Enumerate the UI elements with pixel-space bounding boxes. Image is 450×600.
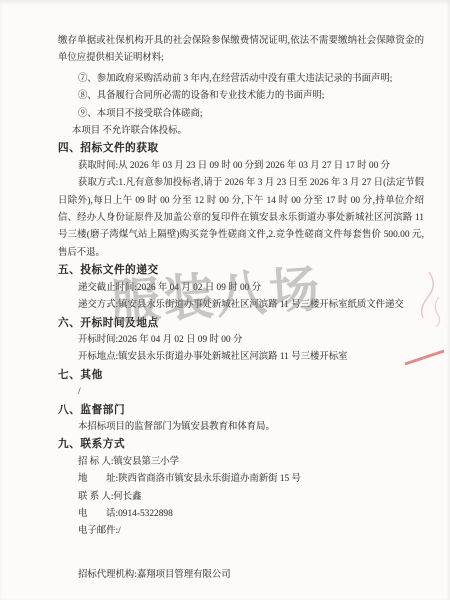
contact-address: 地 址:陕西省商洛市镇安县永乐街道办南新街 15 号 [58,471,424,488]
intro-paragraph: 缴存单据或社保机构开具的社会保险参保缴费情况证明,依法不需要缴纳社会保障资金的单… [58,33,424,68]
scanned-tender-document-page: 服装八场 缴存单据或社保机构开具的社会保险参保缴费情况证明,依法不需要缴纳社会保… [0,0,450,600]
section-6-opening-place: 开标地点:镇安县永乐街道办事处新城社区河滨路 11 号三楼开标室 [58,349,424,366]
section-4-obtain-method: 获取方式:1.凡有意参加投标者,请于 2026 年 3 月 23 日至 2026… [58,175,424,262]
section-6-heading: 六、开标时间及地点 [58,315,424,332]
contact-tenderer: 招 标 人:镇安县第三小学 [58,454,424,471]
section-8-content: 本招标项目的监督部门为镇安县教育和体育局。 [58,419,424,436]
document-body: 缴存单据或社保机构开具的社会保险参保缴费情况证明,依法不需要缴纳社会保障资金的单… [0,0,450,584]
section-5-heading: 五、投标文件的递交 [58,262,424,279]
section-4-obtain-time: 获取时间:从 2026 年 03 月 23 日 09 时 00 分到 2026 … [58,158,424,175]
section-7-heading: 七、其他 [58,367,424,384]
clause-8: ⑧、具备履行合同所必需的设备和专业技术能力的书面声明; [58,88,424,105]
section-4-heading: 四、招标文件的获取 [58,140,424,157]
section-6-opening-time: 开标时间:2026 年 04 月 02 日 09 时 00 分 [58,332,424,349]
clause-7: ⑦、参加政府采购活动前 3 年内,在经营活动中没有重大违法记录的书面声明; [58,71,424,88]
contact-email: 电子邮件:/ [58,523,424,540]
clause-9: ⑨、本项目不接受联合体磋商; [58,106,424,123]
section-8-heading: 八、监督部门 [58,402,424,419]
joint-bid-note: 本项目 不允许联合体投标。 [58,123,424,140]
contact-phone: 电 话:0914-5322898 [58,506,424,523]
section-7-content: / [58,384,424,401]
contact-person: 联 系 人:何长鑫 [58,489,424,506]
section-5-submission-deadline: 递交截止时间:2026 年 04 月 02 日 09 时 00 分 [58,280,424,297]
section-5-submission-method: 递交方式:镇安县永乐街道办事处新城社区河滨路 11 号三楼开标室纸质文件递交 [58,297,424,314]
section-9-heading: 九、联系方式 [58,436,424,453]
tender-agency-line: 招标代理机构:嘉翔项目管理有限公司 [58,567,424,584]
